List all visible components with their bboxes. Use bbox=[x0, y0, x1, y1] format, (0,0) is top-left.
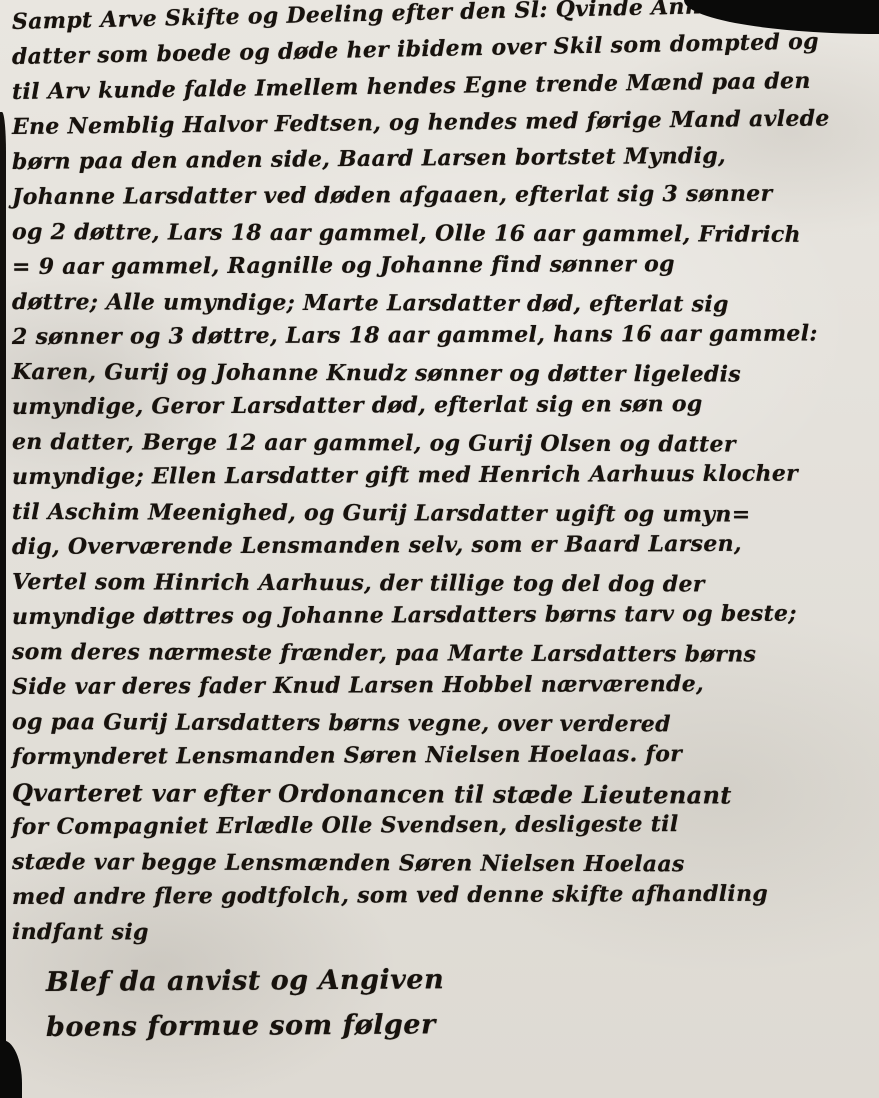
manuscript-line: Johanne Larsdatter ved døden afgaaen, ef… bbox=[12, 176, 875, 215]
closing-line: boens formue som følger bbox=[46, 999, 875, 1050]
manuscript-line: med andre flere godtfolch, som ved denne… bbox=[12, 876, 875, 915]
manuscript-line: umyndige, Geror Larsdatter død, efterlat… bbox=[12, 386, 875, 425]
manuscript-text: Sampt Arve Skifte og Deeling efter den S… bbox=[12, 5, 875, 1050]
manuscript-line: børn paa den anden side, Baard Larsen bo… bbox=[12, 137, 875, 180]
manuscript-line: formynderet Lensmanden Søren Nielsen Hoe… bbox=[12, 736, 875, 775]
manuscript-line: indfant sig bbox=[12, 915, 875, 953]
manuscript-line: for Compagniet Erlædle Olle Svendsen, de… bbox=[12, 806, 875, 845]
manuscript-line: dig, Overværende Lensmanden selv, som er… bbox=[12, 526, 875, 565]
closing-line: Blef da anvist og Angiven bbox=[46, 954, 875, 1005]
manuscript-line: = 9 aar gammel, Ragnille og Johanne find… bbox=[12, 246, 875, 285]
manuscript-page: Sampt Arve Skifte og Deeling efter den S… bbox=[0, 0, 879, 1098]
manuscript-line: umyndige; Ellen Larsdatter gift med Henr… bbox=[12, 456, 875, 495]
manuscript-line: Side var deres fader Knud Larsen Hobbel … bbox=[12, 666, 875, 705]
photo-edge-left bbox=[0, 112, 6, 1098]
closing-statement: Blef da anvist og Angiven boens formue s… bbox=[46, 960, 875, 1050]
manuscript-line: 2 sønner og 3 døttre, Lars 18 aar gammel… bbox=[12, 316, 875, 355]
manuscript-line: umyndige døttres og Johanne Larsdatters … bbox=[12, 596, 875, 635]
